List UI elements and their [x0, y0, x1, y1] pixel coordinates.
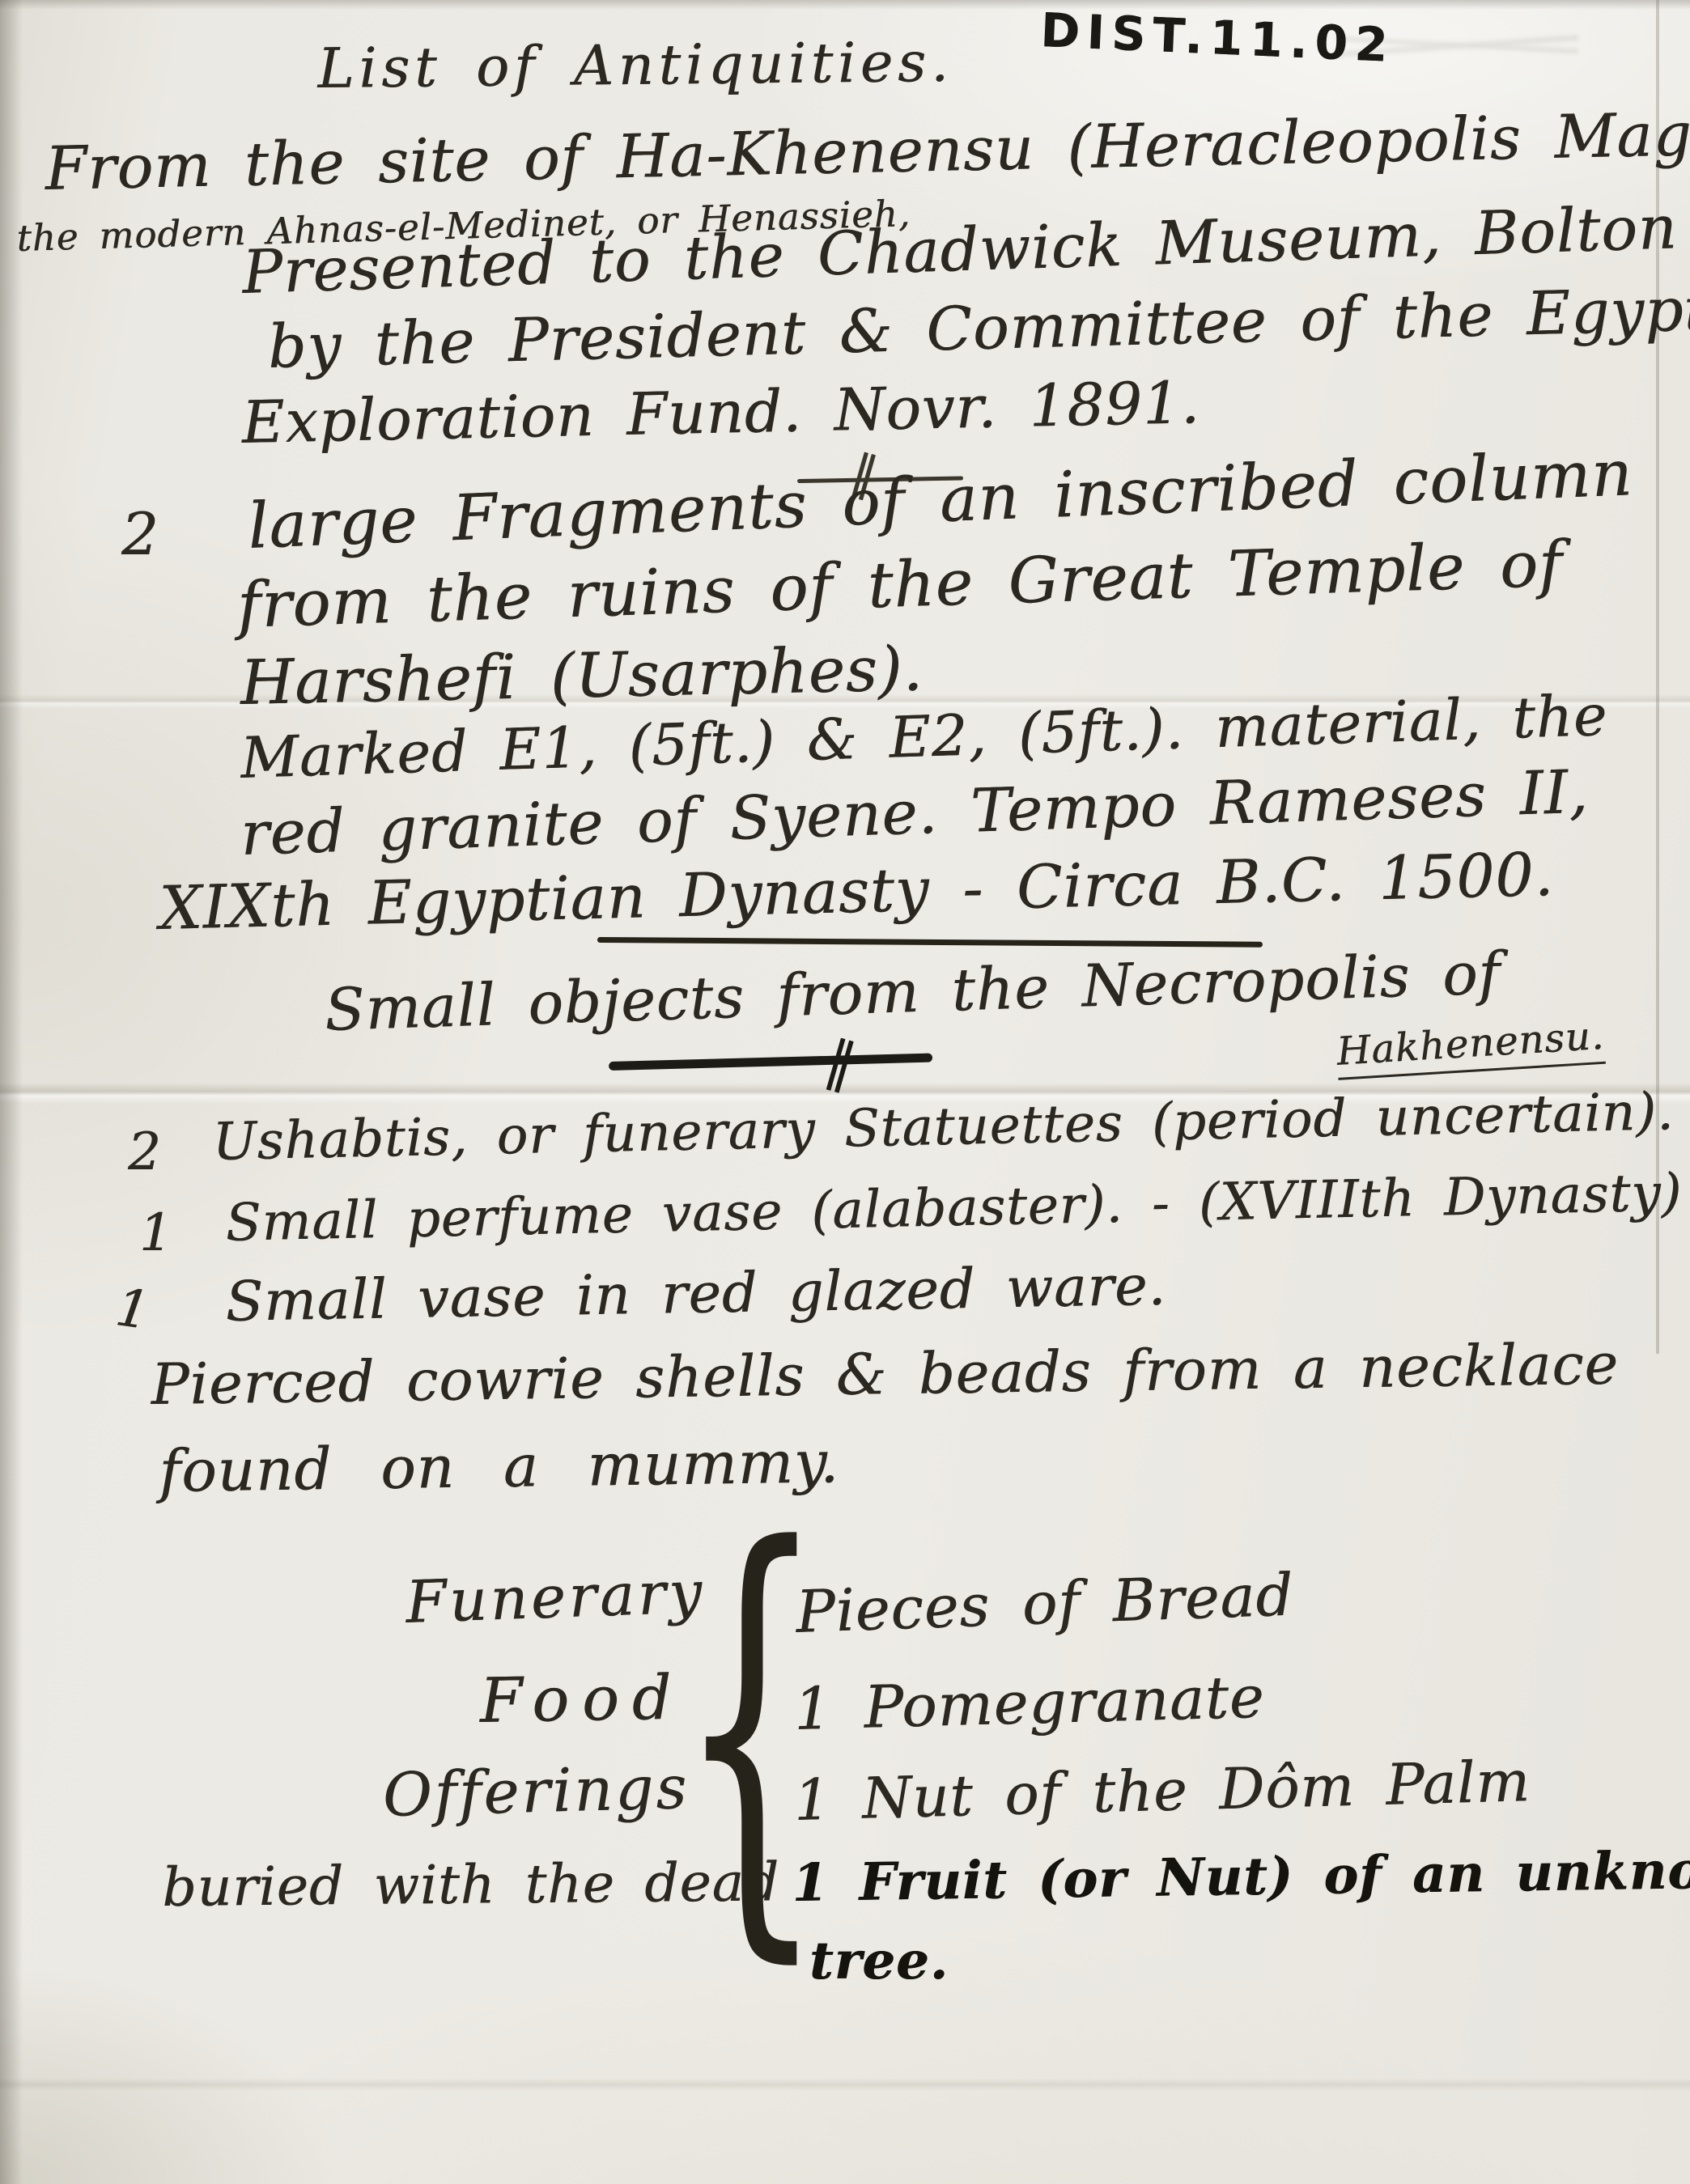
- offerings-item-1: 1 Pomegranate: [793, 1668, 1265, 1738]
- paper-crease-top: [0, 0, 1690, 10]
- section-rule: [597, 937, 1263, 948]
- offerings-item-3: 1 Fruit (or Nut) of an unknown: [792, 1844, 1690, 1910]
- provenance-line-5: Exploration Fund. Novr. 1891.: [241, 373, 1200, 452]
- necklace-line-1: Pierced cowrie shells & beads from a nec…: [151, 1336, 1619, 1413]
- section-heading-place: Hakhenensu.: [1335, 1016, 1606, 1080]
- small-object-0-quantity: 2: [128, 1126, 162, 1178]
- page-title: List of Antiquities.: [317, 36, 953, 97]
- column-entry-quantity: 2: [121, 505, 159, 563]
- small-object-2-text: Small vase in red glazed ware.: [225, 1259, 1166, 1330]
- offerings-item-2: 1 Nut of the Dôm Palm: [793, 1753, 1531, 1829]
- document-page: DIST.11.02 List of Antiquities. From the…: [0, 0, 1690, 2184]
- provenance-line-1: From the site of Ha-Khenensu (Heracleopo…: [45, 103, 1690, 199]
- small-object-1-text: Small perfume vase (alabaster). - (XVIII…: [225, 1167, 1683, 1249]
- offerings-item-0: Pieces of Bread: [795, 1566, 1295, 1641]
- small-object-0-text: Ushabtis, or funerary Statuettes (period…: [212, 1086, 1675, 1168]
- column-entry-line-3: Harshefi (Usarphes).: [240, 638, 924, 714]
- small-object-2-quantity: 1: [113, 1282, 153, 1338]
- section-heading-underline: [609, 1054, 932, 1071]
- paper-crease-bottom: [0, 2078, 1690, 2091]
- offerings-label-funerary: Funerary: [405, 1563, 706, 1631]
- paper-edge-left: [0, 0, 23, 2184]
- offerings-label-offerings: Offerings: [382, 1758, 690, 1826]
- offerings-item-4: tree.: [809, 1936, 949, 1987]
- catalog-number: DIST.11.02: [1039, 6, 1395, 69]
- offerings-label-food: Food: [479, 1667, 685, 1732]
- small-object-1-quantity: 1: [139, 1207, 173, 1259]
- section-heading: Small objects from the Necropolis of: [324, 944, 1501, 1039]
